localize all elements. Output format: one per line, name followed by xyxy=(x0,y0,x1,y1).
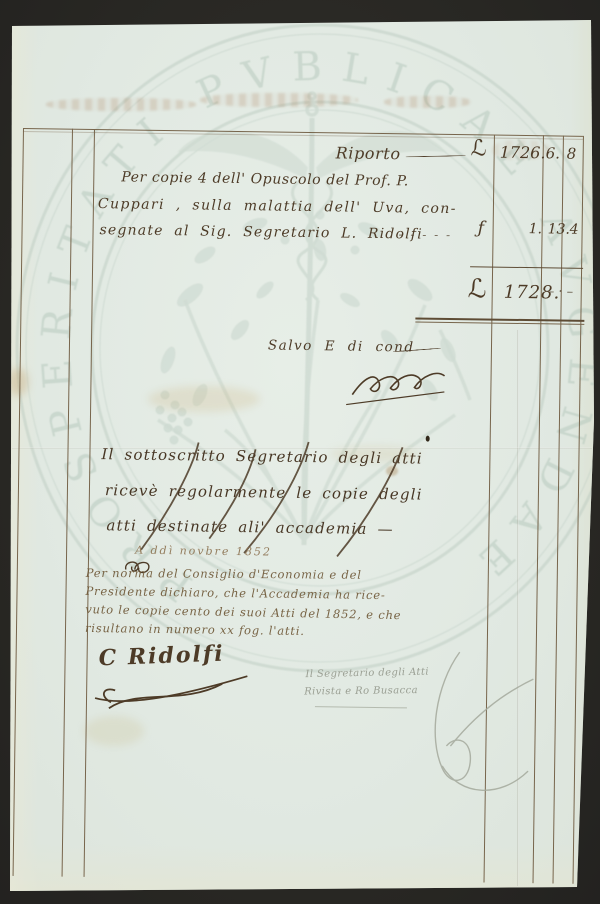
ruling-line-left-outer xyxy=(13,128,24,876)
ruling-line-amount-3 xyxy=(553,136,564,884)
entry-lire: 1. xyxy=(529,221,543,237)
declaration-line-2: Presidente dichiaro, che l'Accademia ha … xyxy=(85,584,385,602)
entry-leader-dashes: - - - - - xyxy=(398,227,452,242)
entry-line-1: Per copie 4 dell' Opuscolo del Prof. P. xyxy=(121,169,409,189)
entry-soldi: 13. xyxy=(548,221,570,237)
main-signature-flourish xyxy=(87,664,253,714)
declaration-line-3: vuto le copie cento dei suoi Atti del 18… xyxy=(85,602,401,622)
photographed-document: PROSPERITATI PVBLICAE AVGENDAE xyxy=(0,0,600,904)
entry-line-2: Cuppari , sulla malattia dell' Uva, con- xyxy=(98,196,457,217)
subtotal-rule xyxy=(470,266,583,269)
paper-sheet: PROSPERITATI PVBLICAE AVGENDAE xyxy=(0,0,600,904)
ruling-line-right-outer xyxy=(573,136,584,884)
riporto-soldi: 6. xyxy=(546,144,561,162)
total-double-rule-1 xyxy=(415,317,584,321)
pencil-flourish xyxy=(396,645,538,807)
pencil-underline xyxy=(315,706,407,708)
declaration-line-1: Per norma del Consiglio d'Economia e del xyxy=(86,566,362,582)
entry-per-symbol: ƒ xyxy=(478,218,485,238)
ink-layer: Riporto ℒ 1726. 6. 8 Per copie 4 dell' O… xyxy=(0,0,600,904)
riporto-denari: 8 xyxy=(567,145,577,163)
entry-line-3: segnate al Sig. Segretario L. Ridolfi xyxy=(99,222,423,243)
cancellation-strokes xyxy=(79,437,421,562)
date-line: A ddì novbre 1852 xyxy=(135,544,272,559)
total-currency: ℒ xyxy=(468,274,487,304)
ruling-line-left-mid xyxy=(62,129,73,877)
entry-denari: 4 xyxy=(570,222,579,238)
total-trailing-dashes: – · – xyxy=(548,284,574,299)
salvo-clause: Salvo E di cond xyxy=(268,337,415,355)
ink-dot xyxy=(426,436,430,442)
riporto-flourish-dash xyxy=(406,155,466,157)
clause-signature-scrawl xyxy=(344,365,450,411)
declaration-line-4: risultano in numero xx fog. l'atti. xyxy=(85,621,305,638)
riporto-label: Riporto xyxy=(336,143,401,163)
riporto-lire: 1726. xyxy=(500,143,546,163)
total-double-rule-2 xyxy=(415,321,584,324)
riporto-currency: ℒ xyxy=(471,136,487,161)
